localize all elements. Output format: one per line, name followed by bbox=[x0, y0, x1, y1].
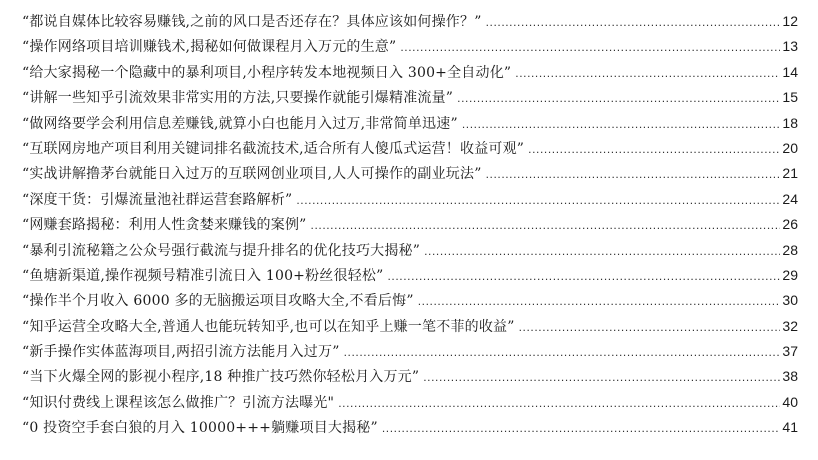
toc-entry[interactable]: “操作半个月收入 6000 多的无脑搬运项目攻略大全,不看后悔” 30 bbox=[22, 288, 798, 313]
dot-leader bbox=[311, 213, 780, 238]
table-of-contents: “都说自媒体比较容易赚钱,之前的风口是否还存在？具体应该如何操作？” 12 “操… bbox=[22, 9, 798, 441]
toc-entry-page: 24 bbox=[782, 187, 798, 212]
toc-entry-title: “当下火爆全网的影视小程序,18 种推广技巧然你轻松月入万元” bbox=[22, 365, 419, 390]
toc-entry[interactable]: “实战讲解撸茅台就能日入过万的互联网创业项目,人人可操作的副业玩法” 21 bbox=[22, 161, 798, 186]
toc-entry-page: 29 bbox=[782, 263, 798, 288]
dot-leader bbox=[486, 10, 780, 35]
toc-entry-title: “知乎运营全攻略大全,普通人也能玩转知乎,也可以在知乎上赚一笔不菲的收益” bbox=[22, 315, 515, 340]
toc-entry[interactable]: “知乎运营全攻略大全,普通人也能玩转知乎,也可以在知乎上赚一笔不菲的收益” 32 bbox=[22, 314, 798, 339]
toc-entry[interactable]: “给大家揭秘一个隐藏中的暴利项目,小程序转发本地视频日入 300+全自动化” 1… bbox=[22, 60, 798, 85]
toc-entry-title: “给大家揭秘一个隐藏中的暴利项目,小程序转发本地视频日入 300+全自动化” bbox=[22, 61, 511, 86]
toc-entry-page: 30 bbox=[782, 288, 798, 313]
dot-leader bbox=[400, 35, 780, 60]
toc-entry-title: “新手操作实体蓝海项目,两招引流方法能月入过万” bbox=[22, 340, 340, 365]
toc-entry-title: “操作半个月收入 6000 多的无脑搬运项目攻略大全,不看后悔” bbox=[22, 289, 414, 314]
toc-entry-page: 21 bbox=[782, 161, 798, 186]
toc-entry[interactable]: “暴利引流秘籍之公众号强行截流与提升排名的优化技巧大揭秘” 28 bbox=[22, 238, 798, 263]
toc-entry-page: 37 bbox=[782, 339, 798, 364]
toc-entry-page: 15 bbox=[782, 85, 798, 110]
dot-leader bbox=[457, 86, 780, 111]
dot-leader bbox=[382, 416, 780, 441]
toc-entry-page: 26 bbox=[782, 212, 798, 237]
dot-leader bbox=[387, 264, 780, 289]
dot-leader bbox=[486, 162, 780, 187]
toc-entry-title: “深度干货：引爆流量池社群运营套路解析” bbox=[22, 188, 292, 213]
toc-entry-page: 12 bbox=[782, 9, 798, 34]
toc-entry-title: “互联网房地产项目利用关键词排名截流技术,适合所有人傻瓜式运营！收益可观” bbox=[22, 137, 524, 162]
dot-leader bbox=[296, 188, 780, 213]
toc-entry-page: 18 bbox=[782, 111, 798, 136]
toc-entry[interactable]: “深度干货：引爆流量池社群运营套路解析” 24 bbox=[22, 187, 798, 212]
dot-leader bbox=[423, 365, 780, 390]
toc-entry-page: 14 bbox=[782, 60, 798, 85]
toc-entry[interactable]: “当下火爆全网的影视小程序,18 种推广技巧然你轻松月入万元” 38 bbox=[22, 364, 798, 389]
toc-entry-title: “都说自媒体比较容易赚钱,之前的风口是否还存在？具体应该如何操作？” bbox=[22, 10, 482, 35]
toc-entry-title: “讲解一些知乎引流效果非常实用的方法,只要操作就能引爆精准流量” bbox=[22, 86, 453, 111]
toc-entry-title: “做网络要学会利用信息差赚钱,就算小白也能月入过万,非常简单迅速” bbox=[22, 112, 458, 137]
dot-leader bbox=[515, 61, 780, 86]
toc-entry-page: 40 bbox=[782, 390, 798, 415]
toc-entry[interactable]: “讲解一些知乎引流效果非常实用的方法,只要操作就能引爆精准流量” 15 bbox=[22, 85, 798, 110]
toc-entry[interactable]: “鱼塘新渠道,操作视频号精准引流日入 100+粉丝很轻松” 29 bbox=[22, 263, 798, 288]
dot-leader bbox=[344, 340, 780, 365]
toc-entry-page: 28 bbox=[782, 238, 798, 263]
dot-leader bbox=[418, 289, 780, 314]
dot-leader bbox=[424, 239, 780, 264]
dot-leader bbox=[338, 391, 780, 416]
toc-entry-title: “鱼塘新渠道,操作视频号精准引流日入 100+粉丝很轻松” bbox=[22, 264, 383, 289]
toc-entry[interactable]: “做网络要学会利用信息差赚钱,就算小白也能月入过万,非常简单迅速” 18 bbox=[22, 111, 798, 136]
toc-entry[interactable]: “网赚套路揭秘：利用人性贪婪来赚钱的案例” 26 bbox=[22, 212, 798, 237]
toc-entry-title: “网赚套路揭秘：利用人性贪婪来赚钱的案例” bbox=[22, 213, 307, 238]
toc-entry[interactable]: “互联网房地产项目利用关键词排名截流技术,适合所有人傻瓜式运营！收益可观” 20 bbox=[22, 136, 798, 161]
toc-entry-page: 38 bbox=[782, 364, 798, 389]
toc-entry[interactable]: “操作网络项目培训赚钱术,揭秘如何做课程月入万元的生意” 13 bbox=[22, 34, 798, 59]
toc-entry-title: “0 投资空手套白狼的月入 10000+++躺赚项目大揭秘” bbox=[22, 416, 378, 441]
toc-entry-title: “操作网络项目培训赚钱术,揭秘如何做课程月入万元的生意” bbox=[22, 35, 396, 60]
toc-entry-page: 32 bbox=[782, 314, 798, 339]
toc-entry-title: “知识付费线上课程该怎么做推广？引流方法曝光" bbox=[22, 391, 334, 416]
toc-entry[interactable]: “都说自媒体比较容易赚钱,之前的风口是否还存在？具体应该如何操作？” 12 bbox=[22, 9, 798, 34]
toc-entry-title: “实战讲解撸茅台就能日入过万的互联网创业项目,人人可操作的副业玩法” bbox=[22, 162, 482, 187]
toc-entry-title: “暴利引流秘籍之公众号强行截流与提升排名的优化技巧大揭秘” bbox=[22, 239, 420, 264]
toc-entry[interactable]: “0 投资空手套白狼的月入 10000+++躺赚项目大揭秘” 41 bbox=[22, 415, 798, 440]
toc-entry[interactable]: “新手操作实体蓝海项目,两招引流方法能月入过万” 37 bbox=[22, 339, 798, 364]
toc-entry[interactable]: “知识付费线上课程该怎么做推广？引流方法曝光" 40 bbox=[22, 390, 798, 415]
toc-entry-page: 41 bbox=[782, 415, 798, 440]
toc-entry-page: 13 bbox=[782, 34, 798, 59]
toc-entry-page: 20 bbox=[782, 136, 798, 161]
dot-leader bbox=[519, 315, 780, 340]
dot-leader bbox=[462, 112, 780, 137]
dot-leader bbox=[528, 137, 780, 162]
